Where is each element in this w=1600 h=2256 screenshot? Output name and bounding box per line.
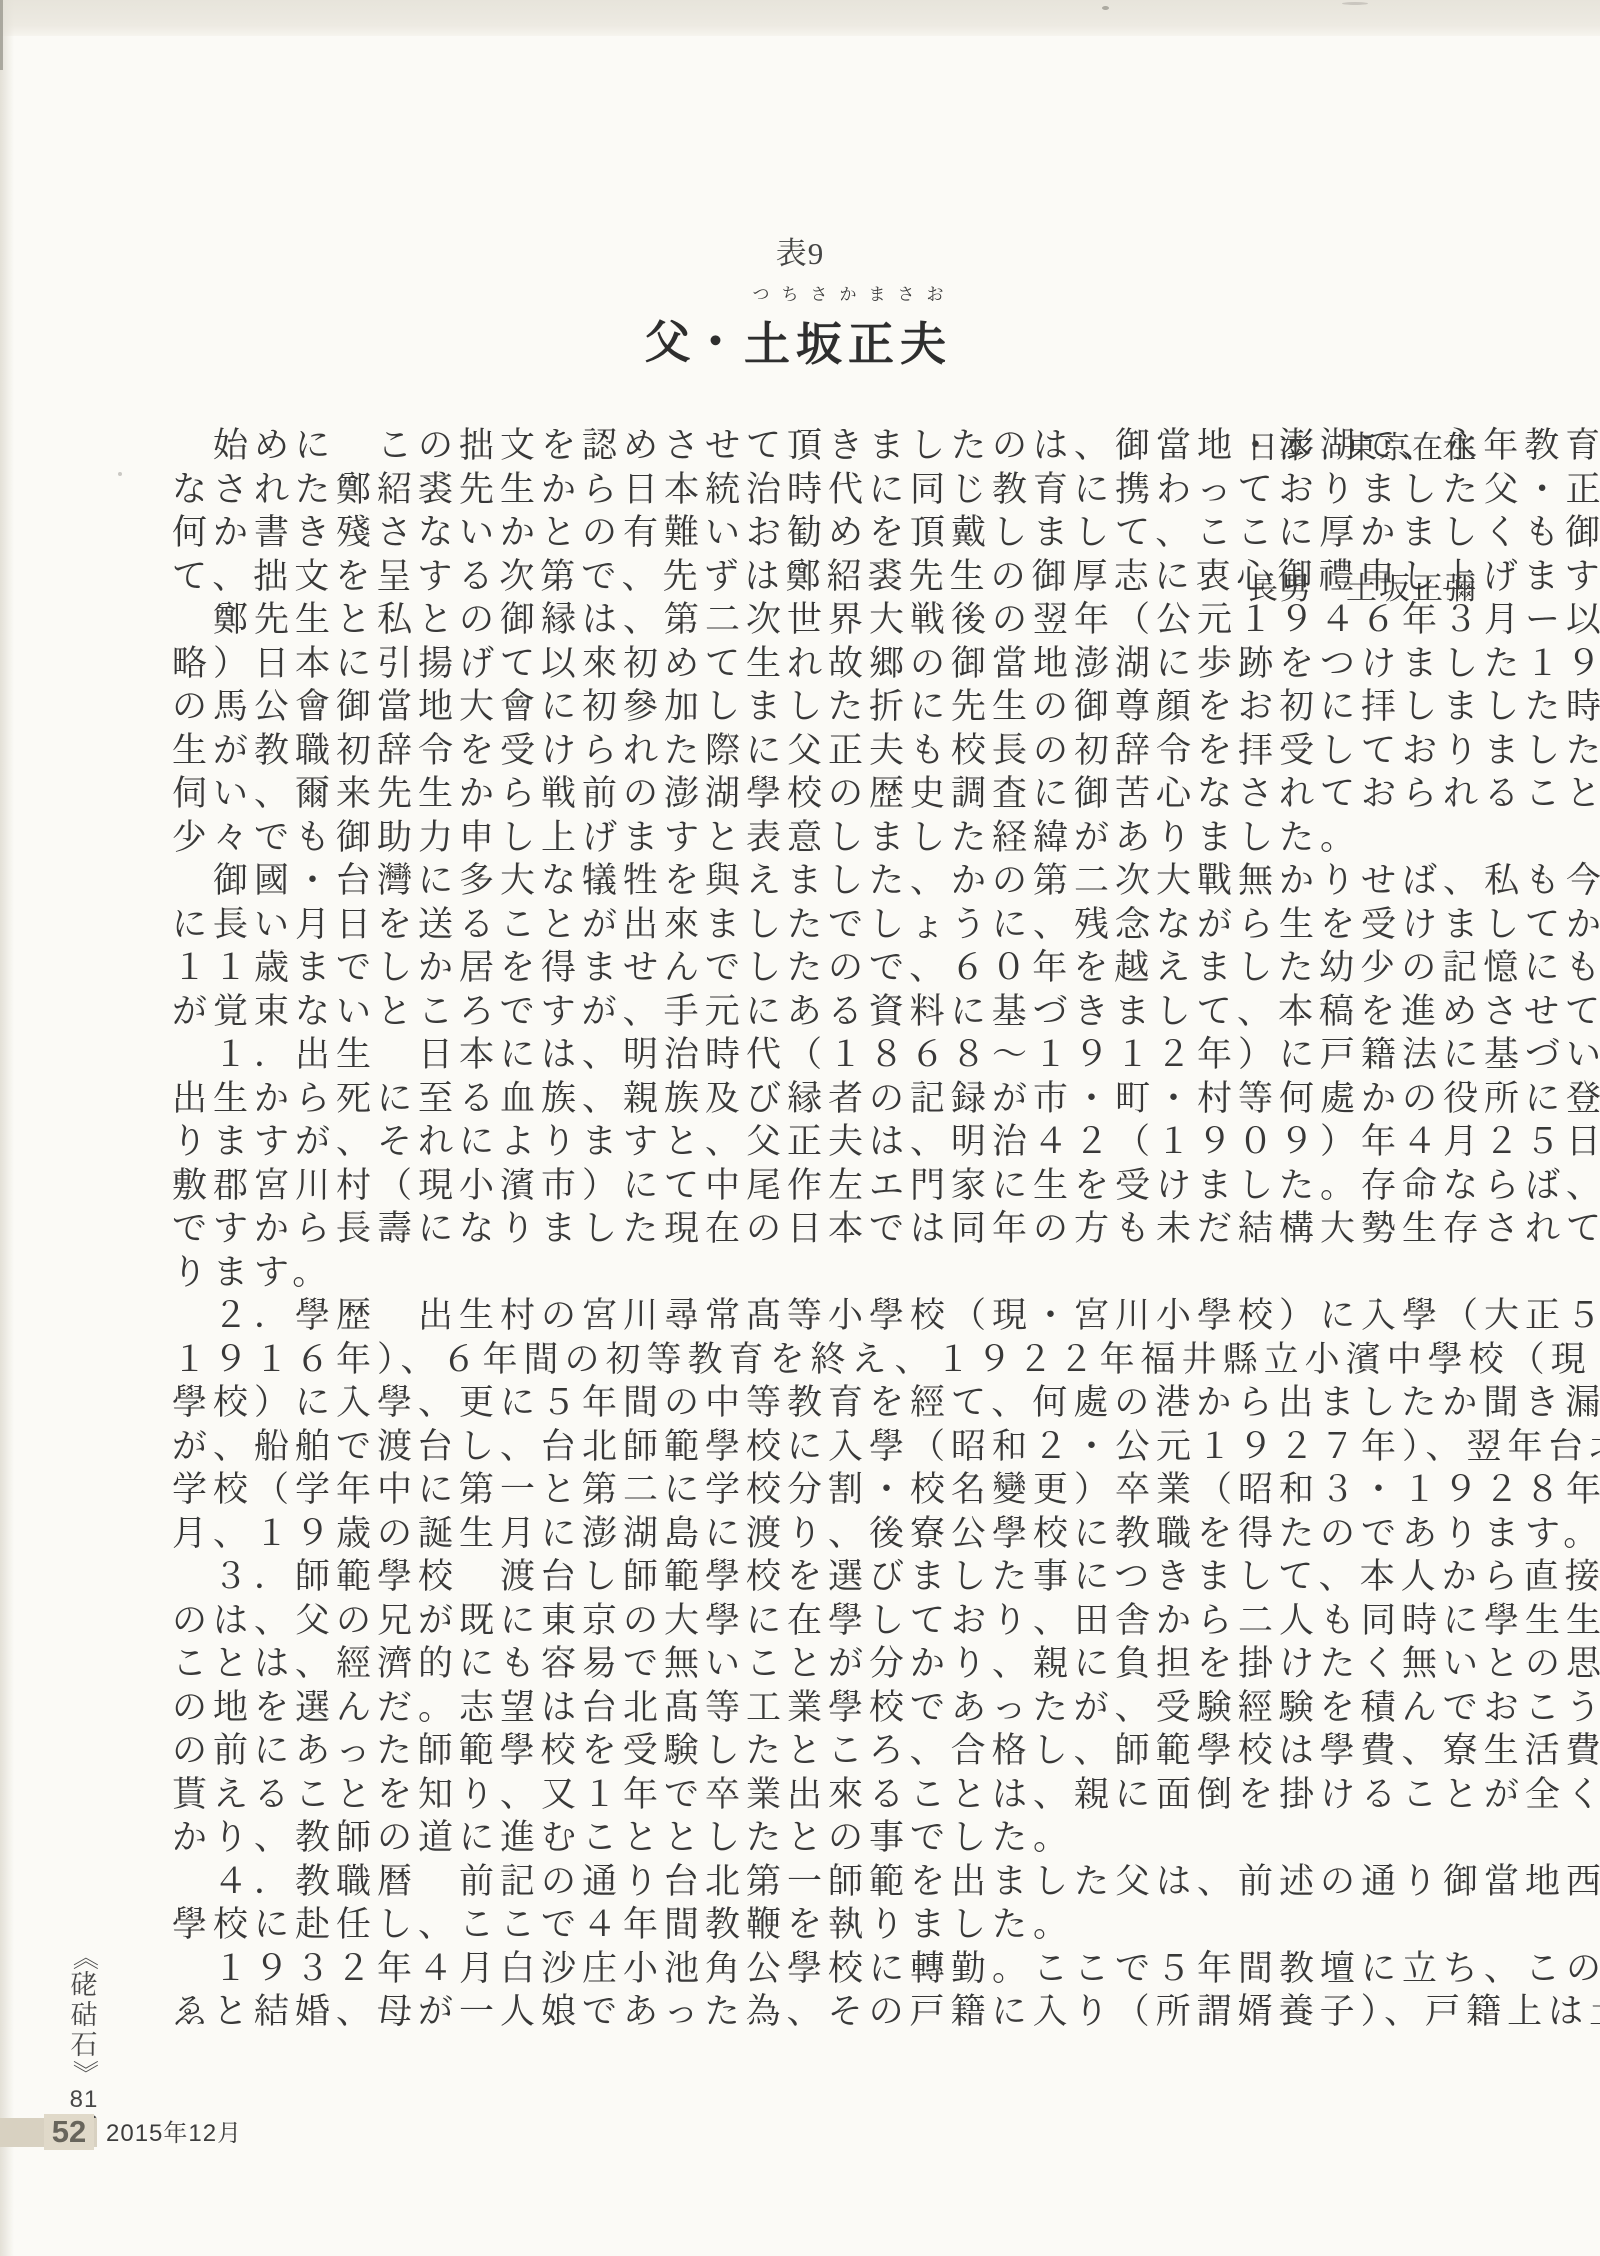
page-number: 52 — [44, 2114, 94, 2150]
paragraph-3-normal-school: ３．師範學校 渡台し師範學校を選びました事につきまして、本人から直接聴きました … — [172, 1555, 1452, 1860]
scan-artifact — [1342, 2, 1368, 5]
scan-artifact — [1102, 6, 1109, 10]
journal-char: 𥑮 — [71, 2000, 98, 2030]
scan-artifact — [118, 472, 122, 476]
issue-number: 81 — [70, 2086, 99, 2114]
table-label: 表9 — [0, 228, 1600, 273]
title-name-with-furigana: つちさかまさお 土坂正夫 — [741, 280, 956, 374]
paragraph-intro: 始めに この拙文を認めさせて頂きましたのは、御當地・澎湖で、永年教育界に御貢献 … — [172, 424, 1452, 598]
paragraph-4-teaching-career: ４．教職暦 前記の通り台北第一師範を出ました父は、前述の通り御當地西嶼庄後寮公 … — [172, 1860, 1452, 1947]
furigana-ruby: つちさかまさお — [741, 280, 956, 305]
title-prefix: 父・ — [645, 306, 741, 374]
paragraph-4-continued: １９３２年４月白沙庄小池角公學校に轉勤。ここで５年間教壇に立ち、この間、土坂や … — [172, 1947, 1452, 2034]
paragraph-encounter: 鄭先生と私との御縁は、第二次世界大戦後の翌年（公元１９４６年３月ー以下公元を省 … — [172, 598, 1452, 859]
article-body: 始めに この拙文を認めさせて頂きましたのは、御當地・澎湖で、永年教育界に御貢献 … — [172, 424, 1452, 2034]
paragraph-1-birth: １．出生 日本には、明治時代（１８６８～１９１２年）に戸籍法に基づいて、國民の … — [172, 1033, 1452, 1294]
close-bracket: 》 — [71, 2060, 97, 2086]
title-name: 土坂正夫 — [744, 308, 952, 374]
scan-top-band — [0, 0, 1600, 36]
issue-date: 2015年12月 — [106, 2120, 242, 2148]
scan-edge-line — [0, 0, 3, 70]
scanned-page: 表9 父・ つちさかまさお 土坂正夫 日本 東京在住 長男 土坂正彌 始めに こ… — [0, 0, 1600, 2256]
paragraph-2-education: ２．學歴 出生村の宮川尋常髙等小學校（現・宮川小學校）に入學（大正５・ １９１６… — [172, 1294, 1452, 1555]
journal-char: 石 — [71, 2030, 98, 2060]
paragraph-memories: 御國・台灣に多大な犠牲を與えました、かの第二次大戰無かりせば、私も今頃は御當地 … — [172, 859, 1452, 1033]
journal-char: 硓 — [71, 1970, 98, 2000]
open-bracket: 《 — [71, 1944, 97, 1970]
